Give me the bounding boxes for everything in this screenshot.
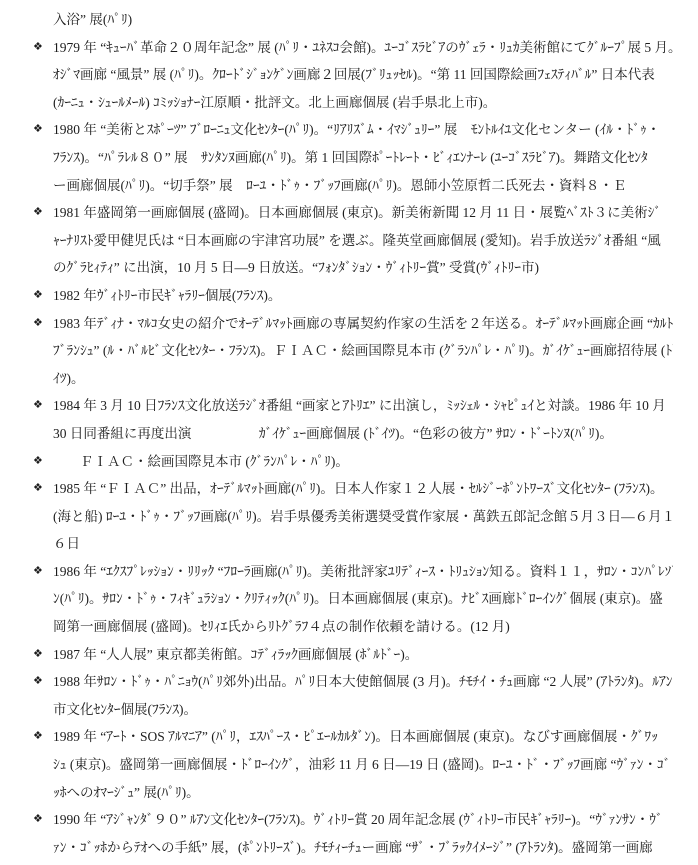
entry-lines: 1985 年 “ＦＩＡＣ” 出品，ｵｰﾃﾞﾙﾏｯﾄ画廊(ﾊﾟﾘ)。日本人作家１２…: [53, 475, 673, 558]
timeline-entry: ❖1983 年ﾃﾞｨﾅ・ﾏﾙｺ女史の紹介でｵｰﾃﾞﾙﾏｯﾄ画廊の専属契約作家の生…: [33, 310, 673, 393]
timeline-entry: ❖1985 年 “ＦＩＡＣ” 出品，ｵｰﾃﾞﾙﾏｯﾄ画廊(ﾊﾟﾘ)。日本人作家１…: [33, 475, 673, 558]
timeline-entry: ❖1981 年盛岡第一画廊個展 (盛岡)。日本画廊個展 (東京)。新美術新聞 1…: [33, 199, 673, 282]
entry-line: ﾌﾗﾝｽ)。“ﾊﾟﾗﾚﾙ８０” 展 ｻﾝﾀﾝﾇ画廊(ﾊﾟﾘ)。第 1 回国際ﾎﾟ…: [53, 144, 673, 172]
entry-line: ｬｰﾅﾘｽﾄ愛甲健児氏は “日本画廊の宇津宮功展” を選ぶ。隆英堂画廊個展 (愛…: [53, 227, 673, 255]
timeline-entry: ❖1987 年 “人人展” 東京都美術館。ｺﾃﾞｨﾗｯｸ画廊個展 (ﾎﾞﾙﾄﾞｰ…: [33, 641, 673, 669]
entry-line: ｧﾝ・ｺﾞｯﾎからﾃｵへの手紙” 展，(ﾎﾟﾝﾄﾘｰｽﾞ)。ﾁﾓﾁｨｰﾁｭー画廊…: [53, 834, 673, 862]
diamond-bullet-icon: ❖: [33, 116, 53, 144]
entry-lines: 1990 年 “ｱｼﾞｬﾝﾀﾞ９０” ﾙｱﾝ文化ｾﾝﾀｰ(ﾌﾗﾝｽ)。ｳﾞｨﾄﾘ…: [53, 806, 673, 861]
diamond-bullet-icon: ❖: [33, 806, 53, 834]
entry-lines: 1988 年ｻﾛﾝ・ﾄﾞｩ・ﾊﾟﾆｮｳ(ﾊﾟﾘ郊外)出品。ﾊﾟﾘ日本大使館個展 …: [53, 668, 673, 723]
entry-lines: 1979 年 “ｷｭｰﾊﾞ革命２０周年記念” 展 (ﾊﾟﾘ・ﾕﾈｽｺ会館)。ﾕｰ…: [53, 34, 673, 117]
entry-line: 1979 年 “ｷｭｰﾊﾞ革命２０周年記念” 展 (ﾊﾟﾘ・ﾕﾈｽｺ会館)。ﾕｰ…: [53, 34, 673, 62]
entry-line: ＦＩＡＣ・絵画国際見本市 (ｸﾞﾗﾝﾊﾟﾚ・ﾊﾟﾘ)。: [53, 448, 673, 476]
timeline-entry: ❖1984 年 3 月 10 日ﾌﾗﾝｽ文化放送ﾗｼﾞｵ番組 “画家とｱﾄﾘｴ”…: [33, 392, 673, 447]
entry-line: 市文化ｾﾝﾀｰ個展(ﾌﾗﾝｽ)。: [53, 696, 673, 724]
entry-lines: 1987 年 “人人展” 東京都美術館。ｺﾃﾞｨﾗｯｸ画廊個展 (ﾎﾞﾙﾄﾞｰ)…: [53, 641, 673, 669]
entry-line: (ｶｰﾆｭ・ｼｭｰﾙﾒｰﾙ) ｺﾐｯｼｮﾅｰ江原順・批評文。北上画廊個展 (岩手…: [53, 89, 673, 117]
entry-line: 1984 年 3 月 10 日ﾌﾗﾝｽ文化放送ﾗｼﾞｵ番組 “画家とｱﾄﾘｴ” …: [53, 392, 673, 420]
entry-line: 1980 年 “美術とｽﾎﾟｰﾂ” ﾌﾞﾛｰﾆｭ文化ｾﾝﾀｰ(ﾊﾟﾘ)。“ﾘｱﾘ…: [53, 116, 673, 144]
entry-line: 入浴” 展(ﾊﾟﾘ): [53, 6, 673, 34]
diamond-bullet-icon: ❖: [33, 558, 53, 586]
entry-line: 1983 年ﾃﾞｨﾅ・ﾏﾙｺ女史の紹介でｵｰﾃﾞﾙﾏｯﾄ画廊の専属契約作家の生活…: [53, 310, 673, 338]
entry-line: 1986 年 “ｴｸｽﾌﾟﾚｯｼｮﾝ・ﾘﾘｯｸ “ﾌﾛｰﾗ画廊(ﾊﾟﾘ)。美術批…: [53, 558, 673, 586]
diamond-bullet-icon: ❖: [33, 199, 53, 227]
entry-lines: 1989 年 “ｱｰﾄ・SOS ｱﾙﾏﾆｱ” (ﾊﾟﾘ，ｴｽﾊﾟｰｽ・ﾋﾟｴｰﾙ…: [53, 723, 673, 806]
diamond-bullet-icon: ❖: [33, 282, 53, 310]
entry-lines: 1984 年 3 月 10 日ﾌﾗﾝｽ文化放送ﾗｼﾞｵ番組 “画家とｱﾄﾘｴ” …: [53, 392, 673, 447]
entry-line: ｼｭ (東京)。盛岡第一画廊個展・ﾄﾞﾛｰｲﾝｸﾞ，油彩 11 月 6 日―19…: [53, 751, 673, 779]
diamond-bullet-icon: ❖: [33, 392, 53, 420]
timeline-entry: 入浴” 展(ﾊﾟﾘ): [33, 6, 673, 34]
entry-line: ﾝ(ﾊﾟﾘ)。ｻﾛﾝ・ﾄﾞｩ・ﾌｨｷﾞｭﾗｼｮﾝ・ｸﾘﾃｨｯｸ(ﾊﾟﾘ)。日本画…: [53, 585, 673, 613]
entry-line: 30 日同番組に再度出演 ｶﾞｲｹﾞｭｰ画廊個展 (ﾄﾞｲﾂ)。“色彩の彼方” …: [53, 420, 673, 448]
entry-line: 岡第一画廊個展 (盛岡)。ｾﾘｨｴ氏からﾘﾄｸﾞﾗﾌ４点の制作依頼を請ける。(1…: [53, 613, 673, 641]
diamond-bullet-icon: ❖: [33, 310, 53, 338]
entry-line: 1982 年ｳﾞｨﾄﾘｰ市民ｷﾞｬﾗﾘｰ個展(ﾌﾗﾝｽ)。: [53, 282, 673, 310]
entry-lines: 1986 年 “ｴｸｽﾌﾟﾚｯｼｮﾝ・ﾘﾘｯｸ “ﾌﾛｰﾗ画廊(ﾊﾟﾘ)。美術批…: [53, 558, 673, 641]
entry-lines: 入浴” 展(ﾊﾟﾘ): [53, 6, 673, 34]
timeline-entry: ❖1979 年 “ｷｭｰﾊﾞ革命２０周年記念” 展 (ﾊﾟﾘ・ﾕﾈｽｺ会館)。ﾕ…: [33, 34, 673, 117]
entry-line: ﾌﾞﾗﾝｼｭ” (ﾙ・ﾊﾞﾙﾋﾞ文化ｾﾝﾀｰ・ﾌﾗﾝｽ)。ＦＩＡＣ・絵画国際見本…: [53, 337, 673, 365]
entry-line: ー画廊個展(ﾊﾟﾘ)。“切手祭” 展 ﾛｰﾕ・ﾄﾞｩ・ﾌﾞｯﾌ画廊(ﾊﾟﾘ)。恩…: [53, 172, 673, 200]
timeline-entry: ❖1986 年 “ｴｸｽﾌﾟﾚｯｼｮﾝ・ﾘﾘｯｸ “ﾌﾛｰﾗ画廊(ﾊﾟﾘ)。美術…: [33, 558, 673, 641]
entry-line: ６日: [53, 530, 673, 558]
document-page: 入浴” 展(ﾊﾟﾘ)❖1979 年 “ｷｭｰﾊﾞ革命２０周年記念” 展 (ﾊﾟﾘ…: [0, 0, 698, 865]
entry-lines: 1983 年ﾃﾞｨﾅ・ﾏﾙｺ女史の紹介でｵｰﾃﾞﾙﾏｯﾄ画廊の専属契約作家の生活…: [53, 310, 673, 393]
entry-line: 1981 年盛岡第一画廊個展 (盛岡)。日本画廊個展 (東京)。新美術新聞 12…: [53, 199, 673, 227]
entry-line: 1988 年ｻﾛﾝ・ﾄﾞｩ・ﾊﾟﾆｮｳ(ﾊﾟﾘ郊外)出品。ﾊﾟﾘ日本大使館個展 …: [53, 668, 673, 696]
entry-line: のｸﾞﾗﾋｨﾃｨ” に出演，10 月 5 日―9 日放送。“ﾌｫﾝﾀﾞｼｮﾝ・ｳ…: [53, 254, 673, 282]
entry-line: ｯﾎへのｵﾏｰｼﾞｭ” 展(ﾊﾟﾘ)。: [53, 779, 673, 807]
diamond-bullet-icon: ❖: [33, 475, 53, 503]
entry-line: (海と船) ﾛｰﾕ・ﾄﾞｩ・ﾌﾞｯﾌ画廊(ﾊﾟﾘ)。岩手県優秀美術選奨受賞作家展…: [53, 503, 673, 531]
diamond-bullet-icon: ❖: [33, 34, 53, 62]
entry-line: 1989 年 “ｱｰﾄ・SOS ｱﾙﾏﾆｱ” (ﾊﾟﾘ，ｴｽﾊﾟｰｽ・ﾋﾟｴｰﾙ…: [53, 723, 673, 751]
exhibition-history-list: 入浴” 展(ﾊﾟﾘ)❖1979 年 “ｷｭｰﾊﾞ革命２０周年記念” 展 (ﾊﾟﾘ…: [33, 6, 673, 861]
entry-lines: 1982 年ｳﾞｨﾄﾘｰ市民ｷﾞｬﾗﾘｰ個展(ﾌﾗﾝｽ)。: [53, 282, 673, 310]
entry-line: 1985 年 “ＦＩＡＣ” 出品，ｵｰﾃﾞﾙﾏｯﾄ画廊(ﾊﾟﾘ)。日本人作家１２…: [53, 475, 673, 503]
timeline-entry: ❖1980 年 “美術とｽﾎﾟｰﾂ” ﾌﾞﾛｰﾆｭ文化ｾﾝﾀｰ(ﾊﾟﾘ)。“ﾘｱ…: [33, 116, 673, 199]
entry-line: ｵｼﾞﾏ画廊 “風景” 展 (ﾊﾟﾘ)。ｸﾛｰﾄﾞｼﾞｮﾝｹﾞﾝ画廊２回展(ﾌﾞ…: [53, 61, 673, 89]
diamond-bullet-icon: ❖: [33, 448, 53, 476]
entry-lines: ＦＩＡＣ・絵画国際見本市 (ｸﾞﾗﾝﾊﾟﾚ・ﾊﾟﾘ)。: [53, 448, 673, 476]
entry-line: 1990 年 “ｱｼﾞｬﾝﾀﾞ９０” ﾙｱﾝ文化ｾﾝﾀｰ(ﾌﾗﾝｽ)。ｳﾞｨﾄﾘ…: [53, 806, 673, 834]
diamond-bullet-icon: ❖: [33, 723, 53, 751]
timeline-entry: ❖1990 年 “ｱｼﾞｬﾝﾀﾞ９０” ﾙｱﾝ文化ｾﾝﾀｰ(ﾌﾗﾝｽ)。ｳﾞｨﾄ…: [33, 806, 673, 861]
timeline-entry: ❖1988 年ｻﾛﾝ・ﾄﾞｩ・ﾊﾟﾆｮｳ(ﾊﾟﾘ郊外)出品。ﾊﾟﾘ日本大使館個展…: [33, 668, 673, 723]
timeline-entry: ❖1982 年ｳﾞｨﾄﾘｰ市民ｷﾞｬﾗﾘｰ個展(ﾌﾗﾝｽ)。: [33, 282, 673, 310]
entry-lines: 1981 年盛岡第一画廊個展 (盛岡)。日本画廊個展 (東京)。新美術新聞 12…: [53, 199, 673, 282]
timeline-entry: ❖ ＦＩＡＣ・絵画国際見本市 (ｸﾞﾗﾝﾊﾟﾚ・ﾊﾟﾘ)。: [33, 448, 673, 476]
diamond-bullet-icon: ❖: [33, 668, 53, 696]
entry-lines: 1980 年 “美術とｽﾎﾟｰﾂ” ﾌﾞﾛｰﾆｭ文化ｾﾝﾀｰ(ﾊﾟﾘ)。“ﾘｱﾘ…: [53, 116, 673, 199]
timeline-entry: ❖1989 年 “ｱｰﾄ・SOS ｱﾙﾏﾆｱ” (ﾊﾟﾘ，ｴｽﾊﾟｰｽ・ﾋﾟｴｰ…: [33, 723, 673, 806]
diamond-bullet-icon: ❖: [33, 641, 53, 669]
entry-line: ｲﾂ)。: [53, 365, 673, 393]
entry-line: 1987 年 “人人展” 東京都美術館。ｺﾃﾞｨﾗｯｸ画廊個展 (ﾎﾞﾙﾄﾞｰ)…: [53, 641, 673, 669]
